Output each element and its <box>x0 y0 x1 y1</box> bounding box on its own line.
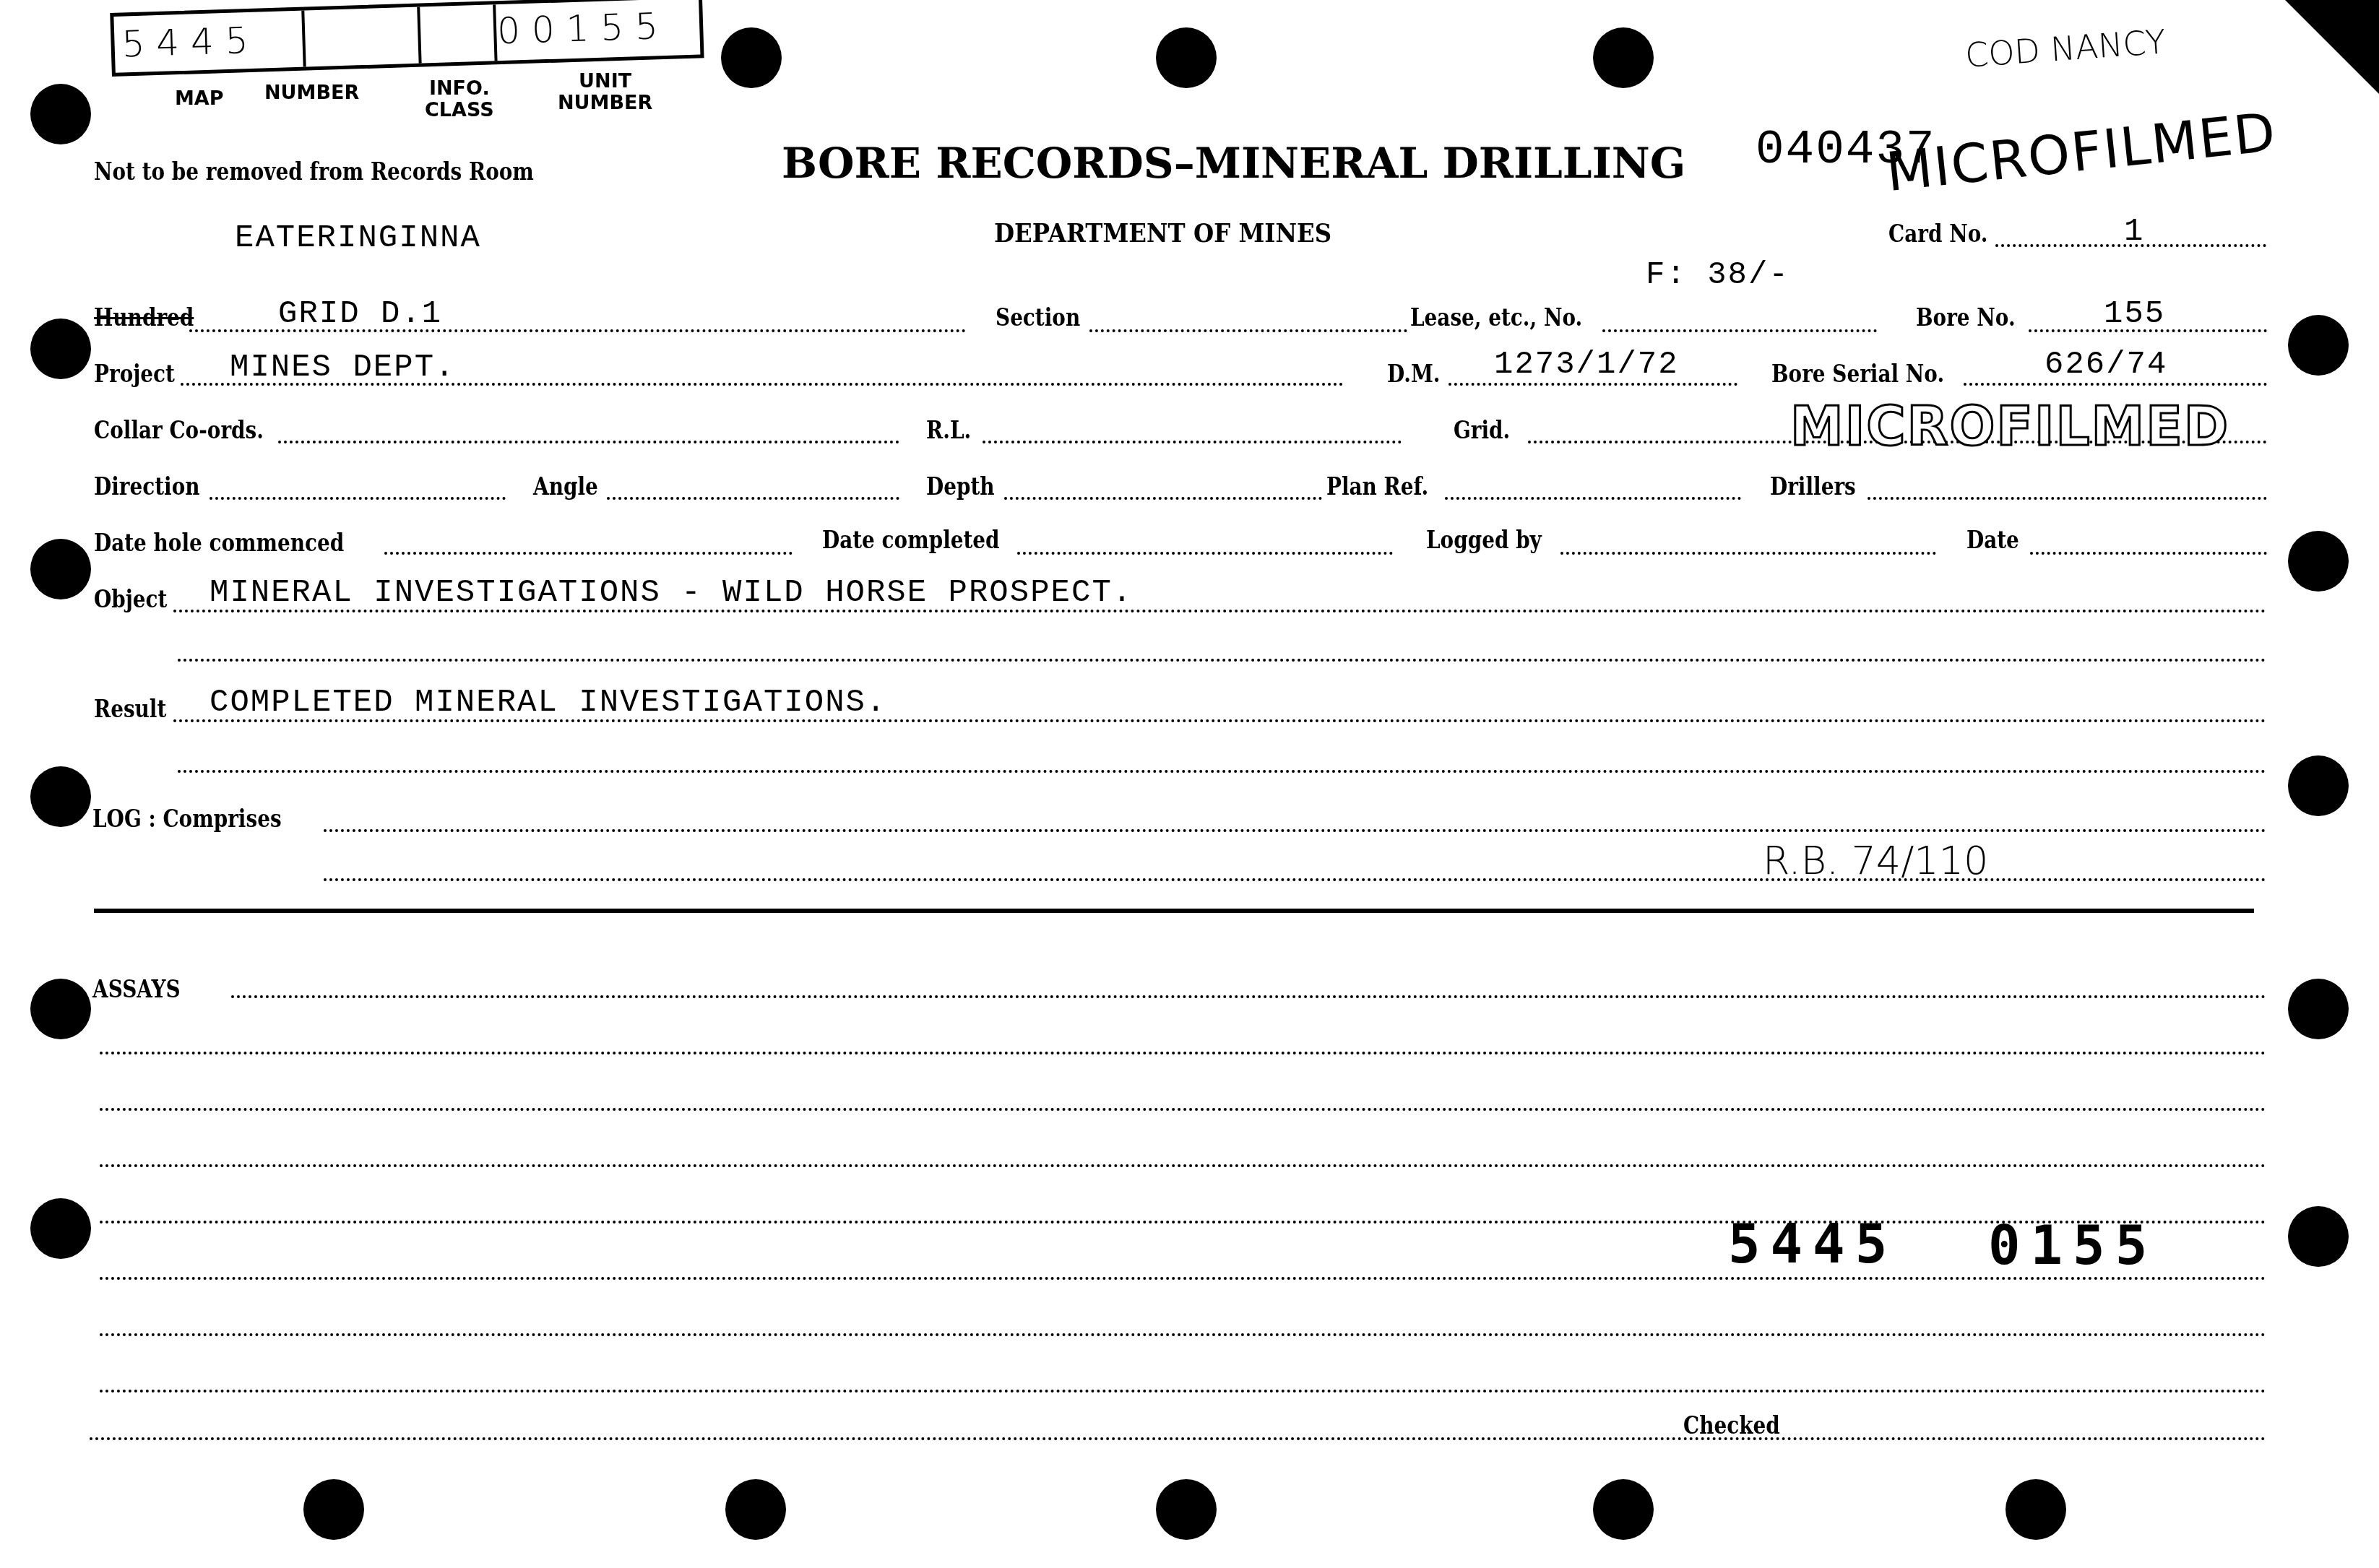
file-reference: F: 38/- <box>1646 257 1789 293</box>
date-commenced-label: Date hole commenced <box>94 529 344 558</box>
punch-hole <box>2005 1479 2066 1540</box>
clipped-corner <box>2285 0 2379 94</box>
punch-hole <box>30 539 91 599</box>
assays-map-number: 5445 <box>1728 1213 1897 1275</box>
punch-hole <box>2288 315 2349 376</box>
bore-no-value: 155 <box>2104 296 2165 332</box>
depth-label: Depth <box>926 472 995 501</box>
card-no-label: Card No. <box>1888 220 1987 248</box>
punch-hole <box>303 1479 364 1540</box>
drillers-line[interactable] <box>1868 497 2267 500</box>
direction-line[interactable] <box>210 497 506 500</box>
locality-value: EATERINGINNA <box>235 220 481 256</box>
project-label: Project <box>94 360 175 389</box>
number-label: NUMBER <box>264 82 359 104</box>
dm-line[interactable] <box>1448 383 1737 386</box>
assays-line-4[interactable] <box>100 1164 2267 1167</box>
bore-no-label: Bore No. <box>1916 303 2016 332</box>
assays-line-5[interactable] <box>100 1221 2267 1223</box>
bore-serial-line[interactable] <box>1964 383 2267 386</box>
punch-hole <box>1593 27 1654 88</box>
punch-hole <box>725 1479 786 1540</box>
punch-hole <box>30 84 91 144</box>
log-line-2[interactable] <box>324 878 2267 881</box>
section-line[interactable] <box>1089 329 1407 332</box>
punch-hole <box>30 319 91 379</box>
object-value: MINERAL INVESTIGATIONS - WILD HORSE PROS… <box>210 575 1133 611</box>
unit-number-label: UNIT NUMBER <box>558 71 652 114</box>
date-commenced-line[interactable] <box>384 552 793 555</box>
map-number-digits: 5 4 4 5 <box>121 20 249 65</box>
card-no-value: 1 <box>2124 214 2144 250</box>
microfilmed-stamp-mid: MICROFILMED <box>1790 396 2229 458</box>
hundred-value: GRID D.1 <box>278 296 442 332</box>
checked-line[interactable] <box>90 1437 2267 1440</box>
result-line-2[interactable] <box>178 770 2267 773</box>
collar-coords-label: Collar Co-ords. <box>94 416 264 445</box>
assays-line-7[interactable] <box>100 1333 2267 1336</box>
lease-label: Lease, etc., No. <box>1410 303 1582 332</box>
punch-hole <box>2288 755 2349 816</box>
date-line[interactable] <box>2030 552 2267 555</box>
punch-hole <box>30 979 91 1039</box>
assays-line-3[interactable] <box>100 1108 2267 1111</box>
rl-label: R.L. <box>926 416 971 445</box>
map-label: MAP <box>175 88 224 110</box>
hundred-label: Hundred <box>94 303 194 332</box>
dm-value: 1273/1/72 <box>1494 347 1679 383</box>
object-label: Object <box>94 585 167 614</box>
form-title: BORE RECORDS–MINERAL DRILLING <box>782 139 1685 188</box>
object-line-2[interactable] <box>178 659 2267 662</box>
result-label: Result <box>94 695 166 724</box>
code-box: 5 4 4 5 0 0 1 5 5 <box>110 0 704 77</box>
drillers-label: Drillers <box>1770 472 1856 501</box>
assays-line-8[interactable] <box>100 1390 2267 1392</box>
date-label: Date <box>1966 526 2019 555</box>
checked-label: Checked <box>1683 1411 1780 1440</box>
assays-line-1[interactable] <box>231 995 2267 998</box>
assays-line-6[interactable] <box>100 1277 2267 1280</box>
result-value: COMPLETED MINERAL INVESTIGATIONS. <box>210 685 886 721</box>
punch-hole <box>1593 1479 1654 1540</box>
plan-ref-line[interactable] <box>1445 497 1741 500</box>
handwritten-note: COD NANCY <box>1964 22 2167 74</box>
plan-ref-label: Plan Ref. <box>1326 472 1428 501</box>
dm-label: D.M. <box>1387 360 1440 389</box>
section-label: Section <box>996 303 1080 332</box>
logged-by-label: Logged by <box>1426 526 1542 555</box>
rl-line[interactable] <box>983 441 1402 443</box>
log-line[interactable] <box>324 829 2267 832</box>
depth-line[interactable] <box>1004 497 1322 500</box>
department-name: DEPARTMENT OF MINES <box>994 218 1331 248</box>
angle-label: Angle <box>533 472 598 501</box>
punch-hole <box>721 27 782 88</box>
punch-hole <box>30 1198 91 1259</box>
collar-coords-line[interactable] <box>278 441 899 443</box>
date-completed-label: Date completed <box>822 526 1000 555</box>
punch-hole <box>1156 27 1217 88</box>
project-value: MINES DEPT. <box>230 350 455 386</box>
date-completed-line[interactable] <box>1017 552 1393 555</box>
log-label: LOG : Comprises <box>92 805 282 833</box>
assays-line-2[interactable] <box>100 1052 2267 1054</box>
punch-hole <box>2288 979 2349 1039</box>
angle-line[interactable] <box>607 497 899 500</box>
records-room-notice: Not to be removed from Records Room <box>94 157 534 186</box>
assays-label: ASSAYS <box>92 975 181 1004</box>
punch-hole <box>2288 1206 2349 1267</box>
info-class-label: INFO. CLASS <box>425 78 494 121</box>
unit-number-digits: 0 0 1 5 5 <box>496 5 658 52</box>
microfilmed-stamp-top: MICROFILMED <box>1883 101 2279 204</box>
section-divider <box>94 909 2254 913</box>
logged-by-line[interactable] <box>1560 552 1936 555</box>
direction-label: Direction <box>94 472 200 501</box>
punch-hole <box>30 766 91 827</box>
punch-hole <box>1156 1479 1217 1540</box>
bore-serial-value: 626/74 <box>2045 347 2167 383</box>
punch-hole <box>2288 531 2349 592</box>
bore-serial-label: Bore Serial No. <box>1771 360 1944 389</box>
grid-label: Grid. <box>1454 416 1510 445</box>
assays-unit-number: 0155 <box>1988 1215 2157 1277</box>
lease-line[interactable] <box>1602 329 1877 332</box>
log-reference: R.B. 74/110 <box>1763 838 1988 883</box>
